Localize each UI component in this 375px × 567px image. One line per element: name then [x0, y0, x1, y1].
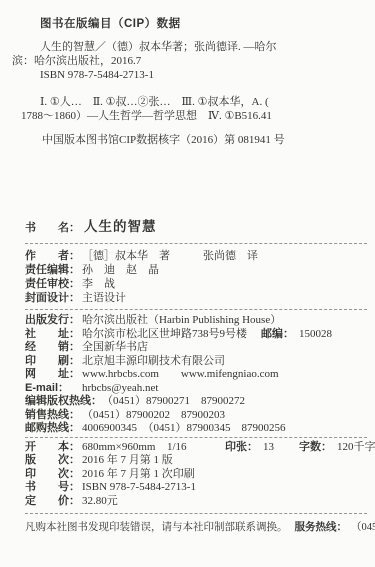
printer-row: 印 刷： 北京旭丰源印刷技术有限公司 [25, 355, 367, 369]
distributor-value: 全国新华书店 [82, 341, 148, 355]
cover-design-row: 封面设计： 主语设计 [25, 291, 367, 305]
format-label: 开 本： [25, 441, 82, 455]
impression-row: 印 次： 2016 年 7 月第 1 次印刷 [25, 468, 367, 482]
price-row: 定 价： 32.80元 [25, 495, 367, 509]
address-label: 社 址： [25, 328, 82, 342]
cip-class-line: 1788～1860）—人生哲学—哲学思想 Ⅳ. ①B516.41 [21, 109, 367, 123]
book-copyright-page: 图书在版编目（CIP）数据 人生的智慧／（德）叔本华著；张尚德译. —哈尔 滨：… [0, 0, 375, 567]
distributor-row: 经 销： 全国新华书店 [25, 341, 367, 355]
service-hotline-label: 服务热线： [295, 520, 348, 534]
service-hotline-value: （0451）87900278 [351, 521, 375, 535]
dashed-divider [25, 513, 367, 514]
publisher-row: 出版发行： 哈尔滨出版社（Harbin Publishing House） [25, 314, 367, 328]
cip-record-line: 人生的智慧／（德）叔本华著；张尚德译. —哈尔 [40, 40, 367, 54]
format-row: 开 本： 680mm×960mm 1/16 印张： 13 字数： 120千字 [25, 441, 367, 455]
email-row: E-mail： hrbcbs@yeah.net [25, 382, 367, 396]
website-url-2: www.mifengniao.com [181, 368, 279, 382]
wordcount-label: 字数： [299, 441, 332, 455]
copyright-hotline-value: （0451）87900271 87900272 [102, 395, 245, 409]
dashed-divider [25, 243, 367, 244]
website-row: 网 址： www.hrbcbs.com www.mifengniao.com [25, 368, 367, 382]
cip-class-line: Ⅰ. ①人… Ⅱ. ①叔…②张… Ⅲ. ①叔本华，A. ( [40, 95, 367, 109]
publisher-section: 出版发行： 哈尔滨出版社（Harbin Publishing House） 社 … [25, 314, 367, 436]
sales-hotline-value: （0451）87900202 87900203 [82, 409, 225, 423]
credits-section: 作 者： ［德］叔本华 著 张尚德 译 责任编辑： 孙 迪 赵 晶 责任审校： … [25, 249, 367, 305]
cip-registry-number: 中国版本图书馆CIP数据核字（2016）第 081941 号 [42, 133, 367, 147]
cover-design-value: 主语设计 [82, 291, 126, 305]
edition-value: 2016 年 7 月第 1 版 [82, 454, 173, 468]
cip-heading: 图书在版编目（CIP）数据 [40, 17, 367, 31]
sheets-label: 印张： [225, 441, 258, 455]
misprint-note: 凡购本社图书发现印装错误，请与本社印制部联系调换。 [25, 521, 288, 535]
author-value: ［德］叔本华 著 张尚德 译 [82, 249, 258, 263]
mailorder-hotline-row: 邮购热线： 4006900345 （0451）87900345 87900256 [25, 422, 367, 436]
postcode-value: 150028 [299, 328, 332, 342]
editor-value: 孙 迪 赵 晶 [82, 263, 159, 277]
editor-row: 责任编辑： 孙 迪 赵 晶 [25, 263, 367, 277]
wordcount-value: 120千字 [337, 441, 375, 455]
cip-record-line: 滨：哈尔滨出版社，2016.7 [12, 54, 367, 68]
isbn-value: ISBN 978-7-5484-2713-1 [82, 481, 196, 495]
format-value: 680mm×960mm [82, 441, 167, 455]
edition-label: 版 次： [25, 454, 82, 468]
publisher-label: 出版发行： [25, 314, 82, 328]
isbn-label: 书 号： [25, 481, 82, 495]
website-url-1: www.hrbcbs.com [82, 368, 159, 382]
footer-note-row: 凡购本社图书发现印装错误，请与本社印制部联系调换。 服务热线： （0451）87… [25, 520, 367, 535]
cip-isbn-line: ISBN 978-7-5484-2713-1 [40, 68, 367, 82]
author-label: 作 者： [25, 249, 82, 263]
email-value: hrbcbs@yeah.net [82, 382, 158, 396]
address-row: 社 址： 哈尔滨市松北区世坤路738号9号楼 邮编： 150028 [25, 328, 367, 342]
printer-label: 印 刷： [25, 355, 82, 369]
website-label: 网 址： [25, 368, 82, 382]
book-title-label: 书 名： [25, 219, 82, 235]
print-specs-section: 开 本： 680mm×960mm 1/16 印张： 13 字数： 120千字 版… [25, 441, 367, 509]
publisher-value: 哈尔滨出版社（Harbin Publishing House） [82, 314, 281, 328]
format-fraction: 1/16 [167, 441, 225, 455]
edition-row: 版 次： 2016 年 7 月第 1 版 [25, 454, 367, 468]
sales-hotline-label: 销售热线： [25, 409, 82, 423]
dashed-divider [25, 309, 367, 310]
distributor-label: 经 销： [25, 341, 82, 355]
price-value: 32.80元 [82, 495, 118, 509]
mailorder-hotline-value: 4006900345 （0451）87900345 87900256 [82, 422, 286, 436]
cip-record-paragraph: 人生的智慧／（德）叔本华著；张尚德译. —哈尔 滨：哈尔滨出版社，2016.7 … [25, 40, 367, 82]
proofreader-row: 责任审校： 李 战 [25, 277, 367, 291]
sheets-value: 13 [263, 441, 299, 455]
printer-value: 北京旭丰源印刷技术有限公司 [82, 355, 225, 369]
mailorder-hotline-label: 邮购热线： [25, 422, 82, 436]
isbn-row: 书 号： ISBN 978-7-5484-2713-1 [25, 481, 367, 495]
postcode-label: 邮编： [261, 328, 294, 342]
price-label: 定 价： [25, 495, 82, 509]
address-value: 哈尔滨市松北区世坤路738号9号楼 [82, 328, 247, 342]
sales-hotline-row: 销售热线： （0451）87900202 87900203 [25, 409, 367, 423]
proofreader-value: 李 战 [82, 277, 115, 291]
email-label: E-mail： [25, 382, 82, 396]
author-row: 作 者： ［德］叔本华 著 张尚德 译 [25, 249, 367, 263]
editor-label: 责任编辑： [25, 263, 82, 277]
copyright-hotline-row: 编辑版权热线： （0451）87900271 87900272 [25, 395, 367, 409]
proofreader-label: 责任审校： [25, 277, 82, 291]
book-title: 人生的智慧 [84, 215, 157, 235]
copyright-hotline-label: 编辑版权热线： [25, 395, 102, 409]
cover-design-label: 封面设计： [25, 291, 82, 305]
impression-value: 2016 年 7 月第 1 次印刷 [82, 468, 195, 482]
book-title-row: 书 名： 人生的智慧 [25, 215, 367, 235]
impression-label: 印 次： [25, 468, 82, 482]
cip-section: 图书在版编目（CIP）数据 人生的智慧／（德）叔本华著；张尚德译. —哈尔 滨：… [25, 17, 367, 147]
dashed-divider [25, 437, 367, 438]
cip-classification: Ⅰ. ①人… Ⅱ. ①叔…②张… Ⅲ. ①叔本华，A. ( 1788～1860）… [25, 95, 367, 123]
